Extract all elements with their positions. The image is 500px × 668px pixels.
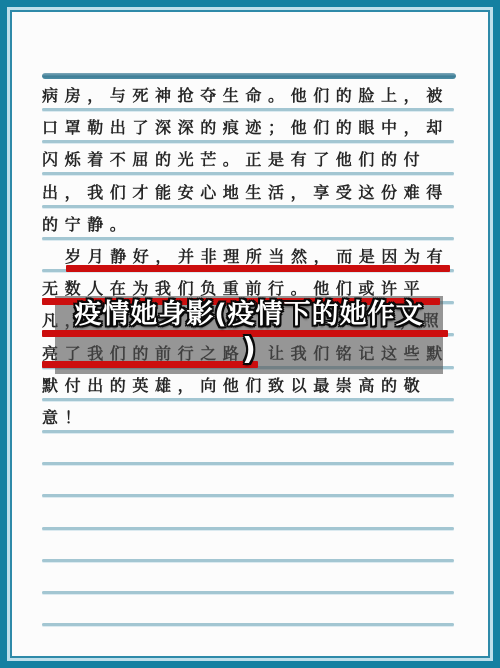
ruled-line (42, 398, 454, 401)
article-title-line1: 疫情她身影(疫情下的她作文 (55, 299, 443, 330)
ruled-line (42, 527, 454, 530)
ruled-line (42, 462, 454, 465)
handwriting-row: 意！ (42, 406, 462, 430)
ruled-line (42, 591, 454, 594)
notebook-header-rule (42, 73, 456, 79)
handwriting-row: 出，我们才能安心地生活，享受这份难得 (42, 181, 462, 205)
ruled-line (42, 140, 454, 143)
ruled-line (42, 172, 454, 175)
handwriting-row: 病房，与死神抢夺生命。他们的脸上，被 (42, 84, 462, 108)
page-content-layer: 病房，与死神抢夺生命。他们的脸上，被口罩勒出了深深的痕迹；他们的眼中，却闪烁着不… (0, 0, 500, 668)
ruled-line (42, 494, 454, 497)
ruled-line (42, 559, 454, 562)
handwriting-row: 口罩勒出了深深的痕迹；他们的眼中，却 (42, 116, 462, 140)
ruled-line (42, 430, 454, 433)
ruled-line (42, 623, 454, 626)
handwriting-row: 的宁静。 (42, 213, 462, 237)
article-title-line2: ) (55, 330, 443, 370)
red-underline (66, 265, 450, 272)
ruled-line (42, 205, 454, 208)
article-image: 病房，与死神抢夺生命。他们的脸上，被口罩勒出了深深的痕迹；他们的眼中，却闪烁着不… (0, 0, 500, 668)
ruled-line (42, 237, 454, 240)
ruled-line (42, 108, 454, 111)
handwriting-row: 默付出的英雄，向他们致以最崇高的敬 (42, 374, 462, 398)
handwriting-row: 闪烁着不屈的光芒。正是有了他们的付 (42, 148, 462, 172)
